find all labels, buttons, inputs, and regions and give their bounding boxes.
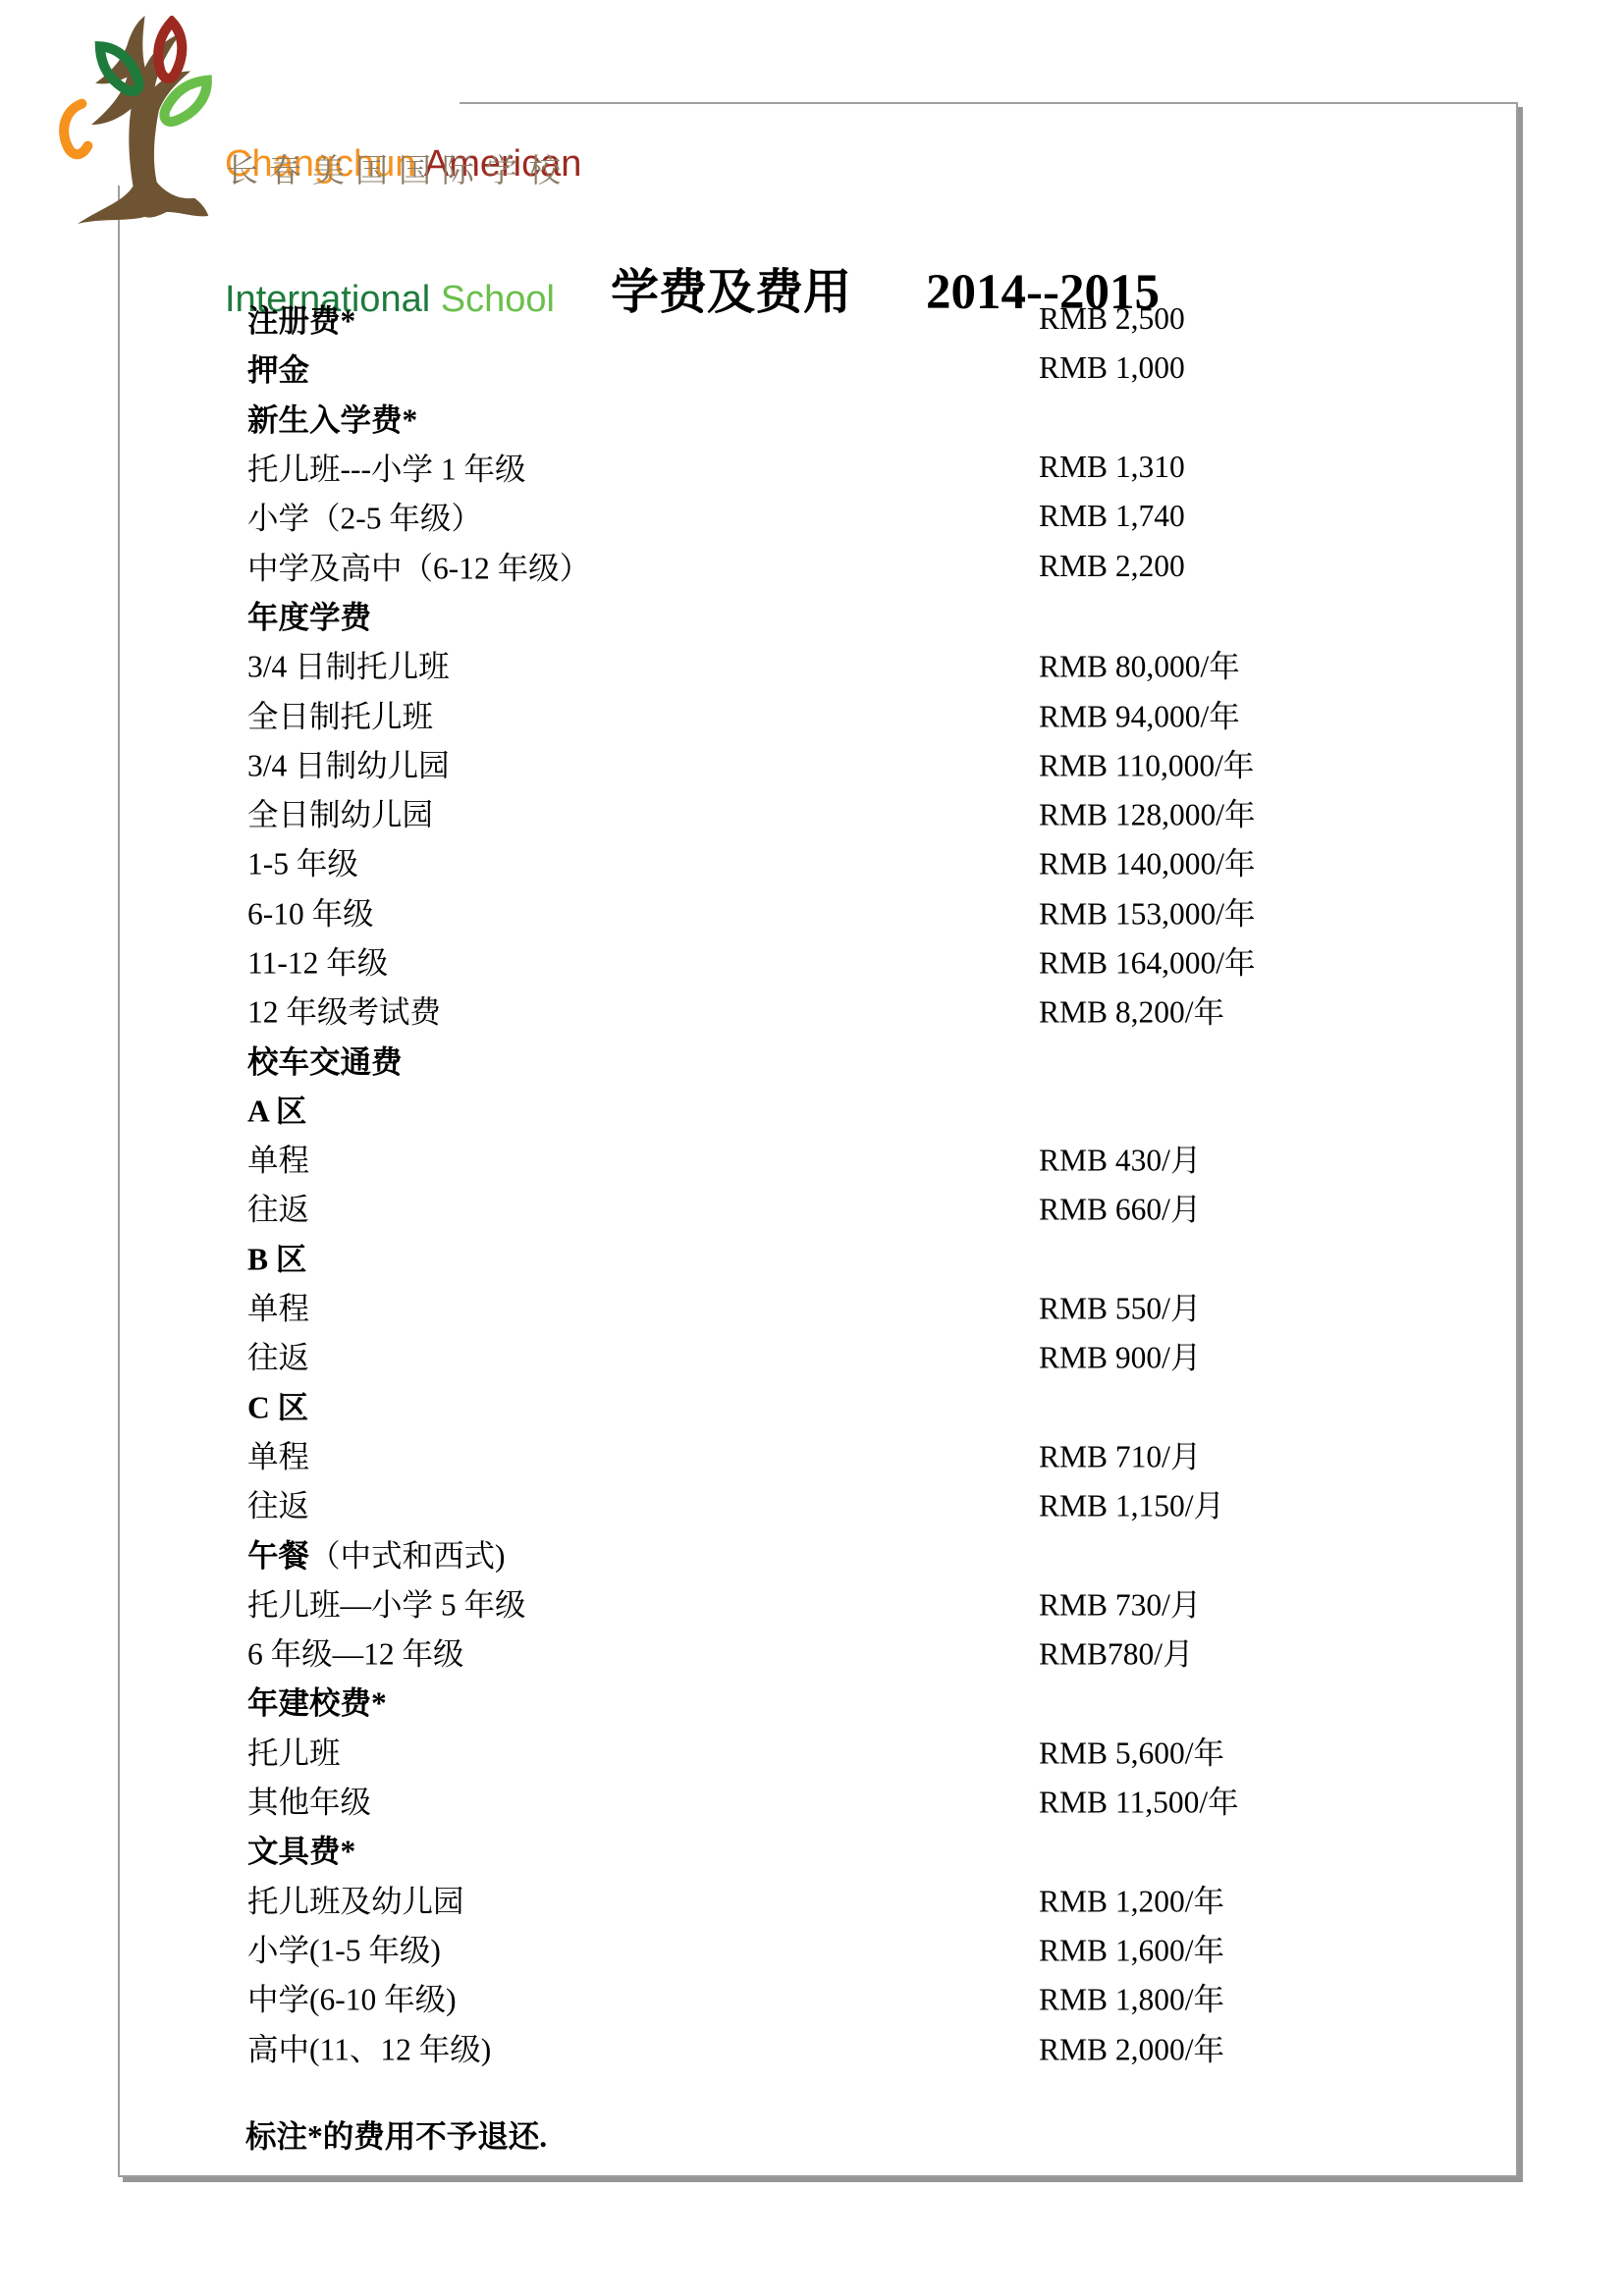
fee-label: 注册费* [247,297,355,342]
fee-value: RMB 1,800/年 [1039,1976,1224,2020]
fee-label-regular: 全日制幼儿园 [247,798,433,832]
fee-value: RMB 1,150/月 [1039,1482,1224,1526]
fee-label: 全日制幼儿园 [247,791,433,835]
fee-row: 往返 RMB 900/月 [118,1331,1518,1380]
fee-label: 单程 [247,1137,309,1181]
fee-label: 单程 [247,1285,309,1329]
fee-label-regular: 中学(6-10 年级) [247,1983,457,2017]
fee-row: 11-12 年级 RMB 164,000/年 [118,936,1518,986]
leaf-orange-arc [60,104,88,156]
fee-label-regular: 6 年级—12 年级 [247,1637,464,1672]
fee-label: 托儿班及幼儿园 [247,1877,464,1921]
fee-row: 注册费* RMB 2,500 [118,294,1518,344]
fee-label-regular: 3/4 日制幼儿园 [247,748,450,782]
fee-label-regular: （中式和西式) [309,1538,506,1573]
fee-label: A 区 [247,1087,306,1131]
fee-value: RMB 1,310 [1039,450,1185,485]
fee-label-regular: 往返 [247,1489,309,1523]
fee-label: 其他年级 [247,1779,371,1823]
fee-label: 押金 [247,347,309,391]
fee-label-bold: 新生入学费* [247,402,417,437]
fee-label: 校车交通费 [247,1038,403,1082]
fee-row: 午餐（中式和西式) [118,1528,1518,1577]
fee-row: 年度学费 [118,591,1518,640]
fee-row: 3/4 日制托儿班 RMB 80,000/年 [118,640,1518,689]
fee-label: 小学（2-5 年级） [247,495,482,539]
fee-value: RMB 710/月 [1039,1432,1201,1476]
fee-label-bold: A 区 [247,1094,306,1128]
fee-label: 午餐（中式和西式) [247,1531,506,1575]
fee-label: 新生入学费* [247,396,417,440]
fee-row: 托儿班—小学 5 年级 RMB 730/月 [118,1578,1518,1628]
fee-row: 12 年级考试费 RMB 8,200/年 [118,986,1518,1035]
fee-row: 校车交通费 [118,1035,1518,1084]
fee-value: RMB 80,000/年 [1039,643,1240,687]
fee-value: RMB 550/月 [1039,1285,1201,1329]
fee-label: 往返 [247,1334,309,1378]
fee-label-bold: 年度学费 [247,600,371,634]
fee-value: RMB 430/月 [1039,1137,1201,1181]
fee-value: RMB 1,600/年 [1039,1926,1224,1970]
fee-label: B 区 [247,1235,306,1279]
fee-label-bold: 年建校费* [247,1686,387,1721]
fee-row: 托儿班及幼儿园 RMB 1,200/年 [118,1875,1518,1924]
fee-value: RMB 8,200/年 [1039,988,1224,1033]
fee-row: 单程 RMB 710/月 [118,1430,1518,1479]
fee-value: RMB 660/月 [1039,1186,1201,1230]
fee-label: 11-12 年级 [247,939,388,984]
fee-row: 全日制托儿班 RMB 94,000/年 [118,689,1518,738]
fee-label-regular: 托儿班 [247,1735,341,1770]
fee-value: RMB 94,000/年 [1039,692,1240,736]
fee-label-regular: 12 年级考试费 [247,995,441,1030]
fee-row: 押金 RMB 1,000 [118,344,1518,393]
fee-label-bold: C 区 [247,1390,308,1424]
fee-value: RMB 128,000/年 [1039,791,1256,835]
fee-row: 单程 RMB 430/月 [118,1134,1518,1183]
fee-label-regular: 6-10 年级 [247,896,374,931]
fee-label: 往返 [247,1186,309,1230]
fee-label-regular: 托儿班—小学 5 年级 [247,1587,526,1622]
fee-label: 中学(6-10 年级) [247,1976,457,2020]
fee-row: 托儿班 RMB 5,600/年 [118,1727,1518,1776]
fee-value: RMB 2,200 [1039,549,1185,584]
fee-value: RMB 140,000/年 [1039,840,1256,884]
fee-row: 其他年级 RMB 11,500/年 [118,1776,1518,1825]
tree-logo-icon [49,16,214,224]
fee-label: 全日制托儿班 [247,692,433,736]
fee-label: 6-10 年级 [247,889,374,934]
fee-label: 1-5 年级 [247,840,358,884]
fee-value: RMB 11,500/年 [1039,1779,1239,1823]
fee-label-regular: 全日制托儿班 [247,699,433,733]
fee-label-regular: 1-5 年级 [247,847,358,881]
fee-label-bold: B 区 [247,1242,306,1276]
fee-label: 托儿班—小学 5 年级 [247,1580,526,1625]
fee-row: 3/4 日制幼儿园 RMB 110,000/年 [118,739,1518,788]
fee-value: RMB 730/月 [1039,1580,1201,1625]
fee-label: 年建校费* [247,1680,387,1724]
fee-row: 往返 RMB 1,150/月 [118,1479,1518,1528]
fee-label: 中学及高中（6-12 年级） [247,544,590,588]
fee-label-regular: 单程 [247,1439,309,1473]
fee-label: 年度学费 [247,593,371,637]
fee-label-bold: 文具费* [247,1835,355,1869]
fee-row: 文具费* [118,1825,1518,1874]
fee-row: 1-5 年级 RMB 140,000/年 [118,837,1518,886]
fee-label: 文具费* [247,1828,355,1872]
fee-value: RMB 164,000/年 [1039,939,1256,984]
fee-label: 3/4 日制托儿班 [247,643,450,687]
fee-label-regular: 往返 [247,1193,309,1227]
fee-row: 中学及高中（6-12 年级） RMB 2,200 [118,541,1518,590]
fee-label: 往返 [247,1482,309,1526]
fee-row: 6 年级—12 年级 RMB780/月 [118,1628,1518,1677]
fee-label-regular: 小学（2-5 年级） [247,502,482,536]
fee-label: 单程 [247,1432,309,1476]
fee-value: RMB 1,000 [1039,350,1185,386]
fee-row: 托儿班---小学 1 年级 RMB 1,310 [118,443,1518,492]
logo-chinese-name: 长春美国国际学校 [226,145,571,191]
fee-label-bold: 校车交通费 [247,1044,403,1079]
leaf-dark-red [156,21,184,79]
fee-label-regular: 中学及高中（6-12 年级） [247,551,590,585]
fee-row: 往返 RMB 660/月 [118,1183,1518,1232]
fee-row: 中学(6-10 年级) RMB 1,800/年 [118,1973,1518,2022]
fee-label-bold: 午餐 [247,1538,309,1573]
fee-label: 12 年级考试费 [247,988,441,1033]
fee-label-regular: 单程 [247,1292,309,1326]
fee-label: 高中(11、12 年级) [247,2025,491,2069]
fee-label-regular: 托儿班---小学 1 年级 [247,453,525,487]
fee-row: 新生入学费* [118,394,1518,443]
fee-value: RMB 1,200/年 [1039,1877,1224,1921]
fee-value: RMB 5,600/年 [1039,1729,1224,1773]
fee-value: RMB 1,740 [1039,499,1185,534]
fee-row: 单程 RMB 550/月 [118,1282,1518,1331]
fee-value: RMB780/月 [1039,1630,1194,1675]
fee-label-regular: 托儿班及幼儿园 [247,1884,464,1918]
fee-label-regular: 往返 [247,1341,309,1375]
fee-row: 年建校费* [118,1677,1518,1726]
school-logo: Changchun American International School … [0,0,609,236]
fee-value: RMB 2,500 [1039,301,1185,337]
fee-row: A 区 [118,1085,1518,1134]
fee-row: 6-10 年级 RMB 153,000/年 [118,887,1518,936]
fee-label: 6 年级—12 年级 [247,1630,464,1675]
fee-label: 小学(1-5 年级) [247,1926,441,1970]
fee-row: 小学（2-5 年级） RMB 1,740 [118,492,1518,541]
fee-label-regular: 11-12 年级 [247,946,388,981]
fee-row: 小学(1-5 年级) RMB 1,600/年 [118,1924,1518,1973]
fee-value: RMB 153,000/年 [1039,889,1256,934]
fee-value: RMB 110,000/年 [1039,741,1254,785]
fee-label-regular: 小学(1-5 年级) [247,1933,441,1967]
fee-label: C 区 [247,1383,308,1427]
fee-label-regular: 高中(11、12 年级) [247,2032,491,2066]
fee-row: 全日制幼儿园 RMB 128,000/年 [118,788,1518,837]
fee-label-bold: 押金 [247,353,309,388]
fee-label-regular: 其他年级 [247,1786,371,1820]
fee-row: B 区 [118,1233,1518,1282]
fee-row: 高中(11、12 年级) RMB 2,000/年 [118,2022,1518,2071]
fee-label-regular: 3/4 日制托儿班 [247,650,450,684]
fee-value: RMB 900/月 [1039,1334,1201,1378]
fee-label-regular: 单程 [247,1144,309,1178]
fee-label-bold: 注册费* [247,304,355,339]
footer-note: 标注*的费用不予退还. [245,2112,547,2157]
fee-row: C 区 [118,1381,1518,1430]
fee-label: 托儿班 [247,1729,341,1773]
fee-label: 3/4 日制幼儿园 [247,741,450,785]
fee-value: RMB 2,000/年 [1039,2025,1224,2069]
fee-label: 托儿班---小学 1 年级 [247,446,525,490]
fee-rows: 注册费* RMB 2,500 押金 RMB 1,000 新生入学费* 托儿班--… [118,294,1518,2072]
